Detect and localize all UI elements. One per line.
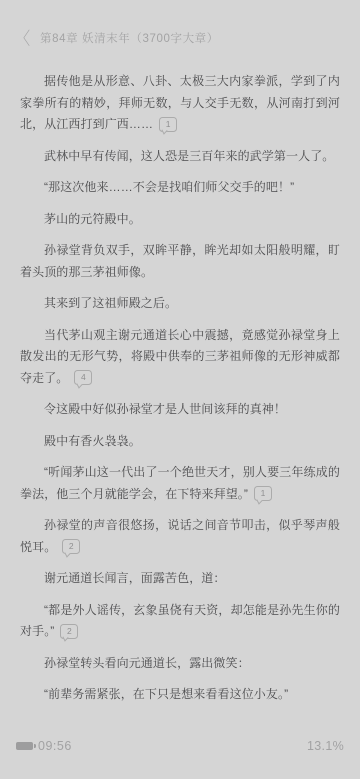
comment-bubble[interactable]: 1 <box>159 117 177 132</box>
comment-bubble[interactable]: 4 <box>74 370 92 385</box>
paragraph[interactable]: 令这殿中好似孙禄堂才是人世间该拜的真神！ <box>20 399 340 421</box>
reader-status-bar: 09:56 13.1% <box>16 737 344 755</box>
paragraph[interactable]: 其来到了这祖师殿之后。 <box>20 293 340 315</box>
paragraph-text: “前辈务需紧张，在下只是想来看看这位小友。” <box>44 687 288 701</box>
paragraph[interactable]: 孙禄堂的声音很悠扬，说话之间音节叩击，似乎琴声般悦耳。2 <box>20 515 340 558</box>
comment-bubble[interactable]: 2 <box>62 539 80 554</box>
paragraph-text: 令这殿中好似孙禄堂才是人世间该拜的真神！ <box>44 402 286 416</box>
comment-bubble[interactable]: 1 <box>254 486 272 501</box>
paragraph-text: 其来到了这祖师殿之后。 <box>44 296 177 310</box>
paragraph-text: 当代茅山观主谢元通道长心中震撼，竟感觉孙禄堂身上散发出的无形气势，将殿中供奉的三… <box>20 328 340 385</box>
paragraph[interactable]: “听闻茅山这一代出了一个绝世天才，别人要三年练成的拳法，他三个月就能学会，在下特… <box>20 462 340 505</box>
comment-count: 1 <box>160 118 176 131</box>
reader-content[interactable]: 据传他是从形意、八卦、太极三大内家拳派，学到了内家拳所有的精妙，拜师无数，与人交… <box>20 71 340 706</box>
paragraph[interactable]: 孙禄堂背负双手，双眸平静，眸光却如太阳般明耀，盯着头顶的那三茅祖师像。 <box>20 240 340 283</box>
paragraph-text: 孙禄堂背负双手，双眸平静，眸光却如太阳般明耀，盯着头顶的那三茅祖师像。 <box>20 243 340 279</box>
clock-time: 09:56 <box>38 739 72 753</box>
comment-count: 2 <box>63 540 79 553</box>
comment-bubble[interactable]: 2 <box>60 624 78 639</box>
paragraph[interactable]: 殿中有香火袅袅。 <box>20 431 340 453</box>
paragraph[interactable]: 据传他是从形意、八卦、太极三大内家拳派，学到了内家拳所有的精妙，拜师无数，与人交… <box>20 71 340 136</box>
reading-progress: 13.1% <box>307 739 344 753</box>
back-chevron-icon[interactable]: 〈 <box>16 24 30 52</box>
paragraph[interactable]: 武林中早有传闻，这人恐是三百年来的武学第一人了。 <box>20 146 340 168</box>
chapter-header: 〈 第84章 妖清末年（3700字大章） <box>0 27 360 49</box>
comment-count: 2 <box>61 625 77 638</box>
battery-icon <box>16 742 33 750</box>
paragraph[interactable]: “那这次他来……不会是找咱们师父交手的吧！” <box>20 177 340 199</box>
paragraph-text: “听闻茅山这一代出了一个绝世天才，别人要三年练成的拳法，他三个月就能学会，在下特… <box>20 465 340 501</box>
chapter-title: 第84章 妖清末年（3700字大章） <box>40 30 219 46</box>
paragraph-text: “那这次他来……不会是找咱们师父交手的吧！” <box>44 180 294 194</box>
paragraph[interactable]: 茅山的元符殿中。 <box>20 209 340 231</box>
paragraph[interactable]: 孙禄堂转头看向元通道长，露出微笑： <box>20 653 340 675</box>
paragraph-text: 武林中早有传闻，这人恐是三百年来的武学第一人了。 <box>44 149 334 163</box>
paragraph[interactable]: 当代茅山观主谢元通道长心中震撼，竟感觉孙禄堂身上散发出的无形气势，将殿中供奉的三… <box>20 325 340 390</box>
comment-count: 1 <box>255 487 271 500</box>
paragraph-text: 殿中有香火袅袅。 <box>44 434 141 448</box>
paragraph-text: 孙禄堂转头看向元通道长，露出微笑： <box>44 656 250 670</box>
comment-count: 4 <box>75 371 91 384</box>
paragraph-text: 谢元通道长闻言，面露苦色，道： <box>44 571 226 585</box>
paragraph[interactable]: 谢元通道长闻言，面露苦色，道： <box>20 568 340 590</box>
status-left: 09:56 <box>16 739 72 753</box>
paragraph[interactable]: “都是外人谣传，玄象虽侥有天资，却怎能是孙先生你的对手。”2 <box>20 600 340 643</box>
paragraph[interactable]: “前辈务需紧张，在下只是想来看看这位小友。” <box>20 684 340 706</box>
reader-screen: 〈 第84章 妖清末年（3700字大章） 据传他是从形意、八卦、太极三大内家拳派… <box>0 0 360 779</box>
paragraph-text: 茅山的元符殿中。 <box>44 212 141 226</box>
paragraph-text: 据传他是从形意、八卦、太极三大内家拳派，学到了内家拳所有的精妙，拜师无数，与人交… <box>20 74 340 131</box>
